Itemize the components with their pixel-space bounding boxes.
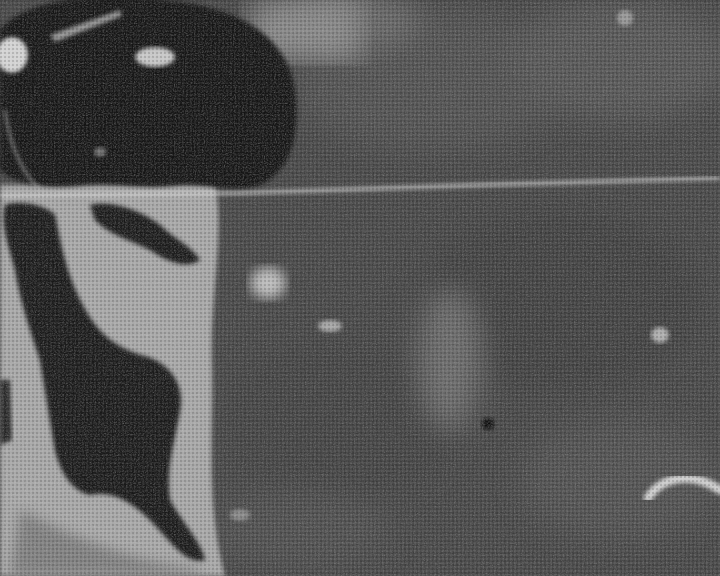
halftone-overlay [0, 0, 720, 576]
photo-frame: Grayscale halftone photograph of a textu… [0, 0, 720, 576]
halftone-photo [0, 0, 720, 576]
